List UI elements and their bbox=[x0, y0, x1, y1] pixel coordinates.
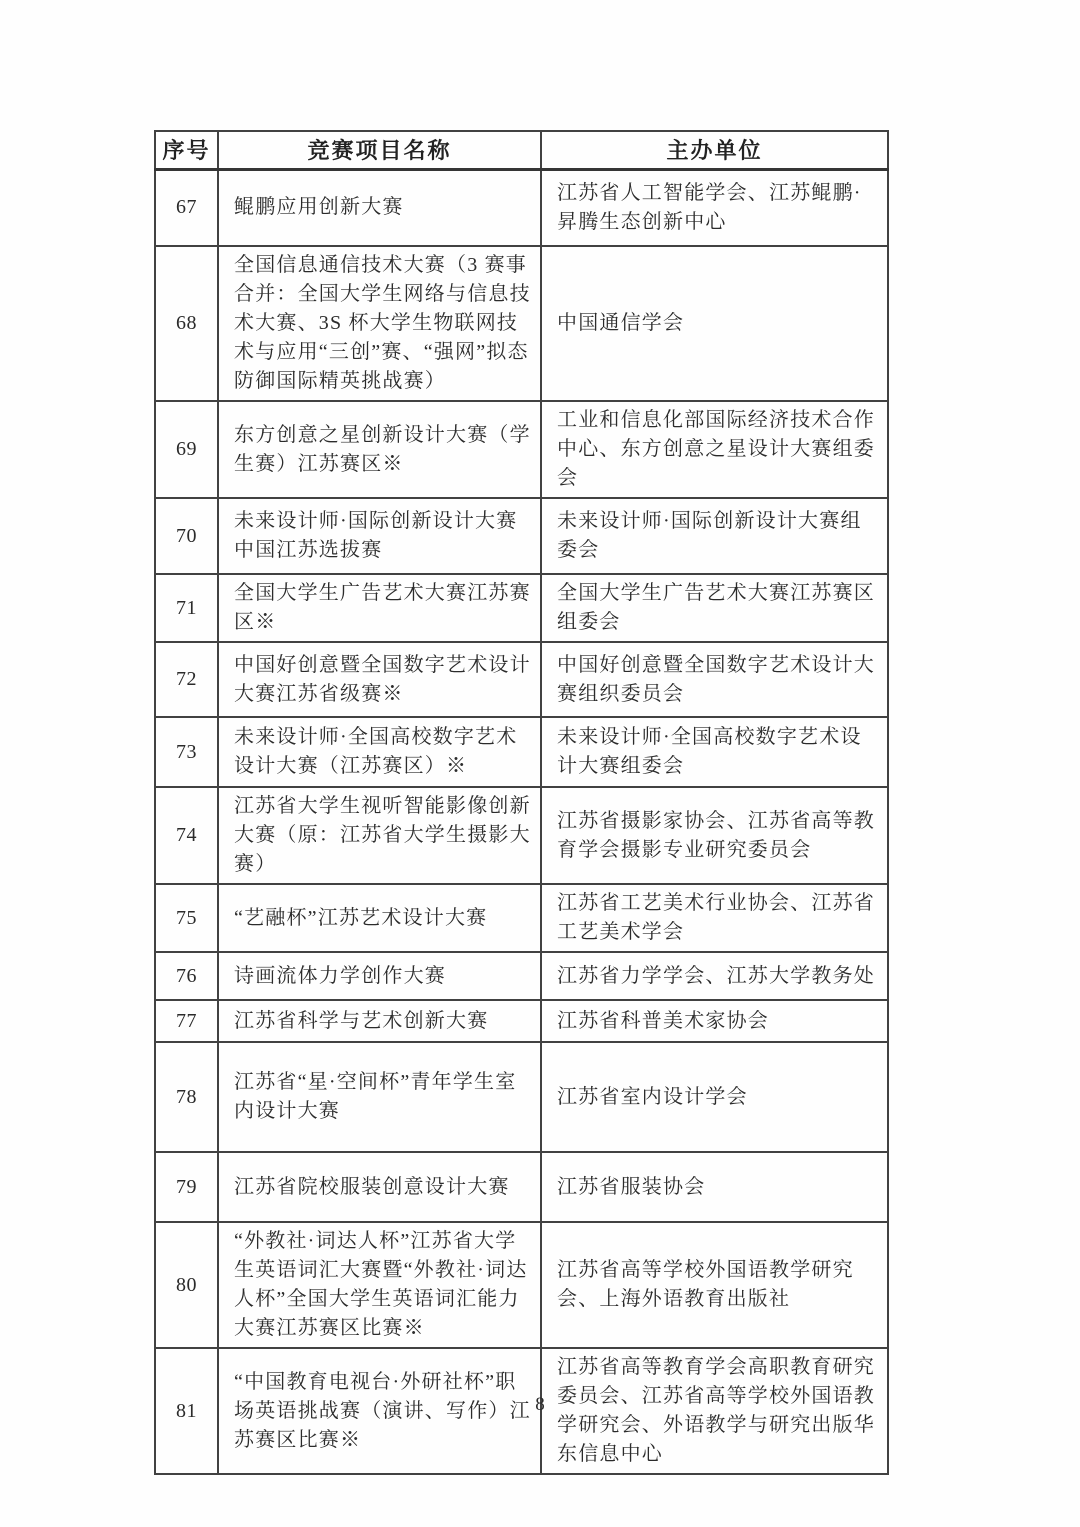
cell-serial: 73 bbox=[155, 717, 218, 787]
table-row: 71 全国大学生广告艺术大赛江苏赛区※ 全国大学生广告艺术大赛江苏赛区组委会 bbox=[155, 574, 888, 642]
cell-serial: 75 bbox=[155, 884, 218, 952]
page-number: 8 bbox=[0, 1394, 1080, 1416]
competition-table: 序号 竞赛项目名称 主办单位 67 鲲鹏应用创新大赛 江苏省人工智能学会、江苏鲲… bbox=[154, 130, 889, 1475]
cell-competition-name: 未来设计师·全国高校数字艺术设计大赛（江苏赛区）※ bbox=[218, 717, 541, 787]
table-row: 75 “艺融杯”江苏艺术设计大赛 江苏省工艺美术行业协会、江苏省工艺美术学会 bbox=[155, 884, 888, 952]
cell-organizer: 江苏省人工智能学会、江苏鲲鹏·昇腾生态创新中心 bbox=[541, 169, 888, 246]
cell-serial: 78 bbox=[155, 1042, 218, 1152]
table-row: 70 未来设计师·国际创新设计大赛中国江苏选拔赛 未来设计师·国际创新设计大赛组… bbox=[155, 498, 888, 574]
table-row: 79 江苏省院校服装创意设计大赛 江苏省服装协会 bbox=[155, 1152, 888, 1222]
cell-competition-name: 诗画流体力学创作大赛 bbox=[218, 952, 541, 1000]
cell-organizer: 中国通信学会 bbox=[541, 246, 888, 401]
cell-organizer: 未来设计师·国际创新设计大赛组委会 bbox=[541, 498, 888, 574]
cell-competition-name: 全国大学生广告艺术大赛江苏赛区※ bbox=[218, 574, 541, 642]
cell-competition-name: 全国信息通信技术大赛（3 赛事合并：全国大学生网络与信息技术大赛、3S 杯大学生… bbox=[218, 246, 541, 401]
cell-competition-name: 鲲鹏应用创新大赛 bbox=[218, 169, 541, 246]
cell-serial: 71 bbox=[155, 574, 218, 642]
cell-organizer: 江苏省摄影家协会、江苏省高等教育学会摄影专业研究委员会 bbox=[541, 787, 888, 884]
table-header-row: 序号 竞赛项目名称 主办单位 bbox=[155, 131, 888, 169]
cell-serial: 72 bbox=[155, 642, 218, 717]
cell-organizer: 江苏省工艺美术行业协会、江苏省工艺美术学会 bbox=[541, 884, 888, 952]
cell-serial: 67 bbox=[155, 169, 218, 246]
table-row: 72 中国好创意暨全国数字艺术设计大赛江苏省级赛※ 中国好创意暨全国数字艺术设计… bbox=[155, 642, 888, 717]
cell-serial: 68 bbox=[155, 246, 218, 401]
table-row: 69 东方创意之星创新设计大赛（学生赛）江苏赛区※ 工业和信息化部国际经济技术合… bbox=[155, 401, 888, 498]
cell-serial: 80 bbox=[155, 1222, 218, 1348]
cell-serial: 79 bbox=[155, 1152, 218, 1222]
cell-competition-name: 中国好创意暨全国数字艺术设计大赛江苏省级赛※ bbox=[218, 642, 541, 717]
cell-competition-name: 江苏省院校服装创意设计大赛 bbox=[218, 1152, 541, 1222]
cell-organizer: 江苏省服装协会 bbox=[541, 1152, 888, 1222]
table-row: 68 全国信息通信技术大赛（3 赛事合并：全国大学生网络与信息技术大赛、3S 杯… bbox=[155, 246, 888, 401]
cell-organizer: 全国大学生广告艺术大赛江苏赛区组委会 bbox=[541, 574, 888, 642]
cell-organizer: 江苏省室内设计学会 bbox=[541, 1042, 888, 1152]
cell-organizer: 中国好创意暨全国数字艺术设计大赛组织委员会 bbox=[541, 642, 888, 717]
cell-competition-name: 江苏省科学与艺术创新大赛 bbox=[218, 1000, 541, 1042]
cell-serial: 74 bbox=[155, 787, 218, 884]
table-row: 67 鲲鹏应用创新大赛 江苏省人工智能学会、江苏鲲鹏·昇腾生态创新中心 bbox=[155, 169, 888, 246]
cell-competition-name: 未来设计师·国际创新设计大赛中国江苏选拔赛 bbox=[218, 498, 541, 574]
column-header-serial: 序号 bbox=[155, 131, 218, 169]
table-row: 74 江苏省大学生视听智能影像创新大赛（原：江苏省大学生摄影大赛） 江苏省摄影家… bbox=[155, 787, 888, 884]
table-row: 77 江苏省科学与艺术创新大赛 江苏省科普美术家协会 bbox=[155, 1000, 888, 1042]
cell-competition-name: “外教社·词达人杯”江苏省大学生英语词汇大赛暨“外教社·词达人杯”全国大学生英语… bbox=[218, 1222, 541, 1348]
cell-organizer: 未来设计师·全国高校数字艺术设计大赛组委会 bbox=[541, 717, 888, 787]
column-header-competition-name: 竞赛项目名称 bbox=[218, 131, 541, 169]
table-row: 73 未来设计师·全国高校数字艺术设计大赛（江苏赛区）※ 未来设计师·全国高校数… bbox=[155, 717, 888, 787]
cell-competition-name: 东方创意之星创新设计大赛（学生赛）江苏赛区※ bbox=[218, 401, 541, 498]
cell-organizer: 工业和信息化部国际经济技术合作中心、东方创意之星设计大赛组委会 bbox=[541, 401, 888, 498]
column-header-organizer: 主办单位 bbox=[541, 131, 888, 169]
cell-serial: 69 bbox=[155, 401, 218, 498]
table-row: 76 诗画流体力学创作大赛 江苏省力学学会、江苏大学教务处 bbox=[155, 952, 888, 1000]
document-page: 序号 竞赛项目名称 主办单位 67 鲲鹏应用创新大赛 江苏省人工智能学会、江苏鲲… bbox=[0, 0, 1080, 1527]
cell-organizer: 江苏省力学学会、江苏大学教务处 bbox=[541, 952, 888, 1000]
cell-organizer: 江苏省高等学校外国语教学研究会、上海外语教育出版社 bbox=[541, 1222, 888, 1348]
cell-competition-name: “艺融杯”江苏艺术设计大赛 bbox=[218, 884, 541, 952]
table-row: 78 江苏省“星·空间杯”青年学生室内设计大赛 江苏省室内设计学会 bbox=[155, 1042, 888, 1152]
cell-serial: 77 bbox=[155, 1000, 218, 1042]
cell-competition-name: 江苏省大学生视听智能影像创新大赛（原：江苏省大学生摄影大赛） bbox=[218, 787, 541, 884]
cell-serial: 70 bbox=[155, 498, 218, 574]
cell-organizer: 江苏省科普美术家协会 bbox=[541, 1000, 888, 1042]
cell-serial: 76 bbox=[155, 952, 218, 1000]
cell-competition-name: 江苏省“星·空间杯”青年学生室内设计大赛 bbox=[218, 1042, 541, 1152]
table-row: 80 “外教社·词达人杯”江苏省大学生英语词汇大赛暨“外教社·词达人杯”全国大学… bbox=[155, 1222, 888, 1348]
